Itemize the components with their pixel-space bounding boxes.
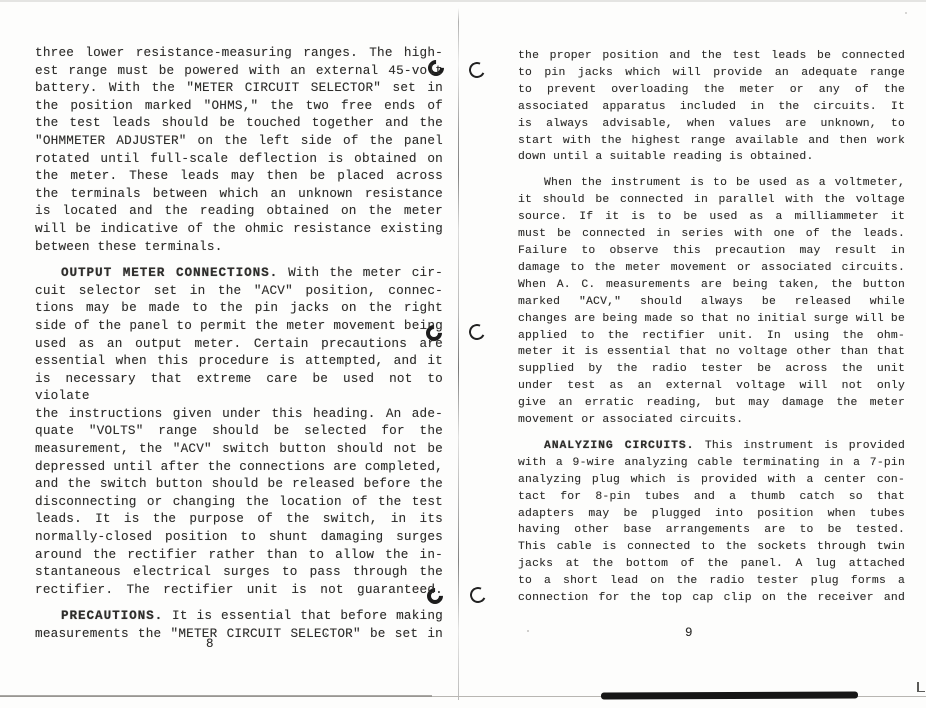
text-line: Failure to observe this precaution may r… xyxy=(518,243,905,260)
text-line: depressed until after the connections ar… xyxy=(35,458,443,476)
text-line: used as an output meter. Certain precaut… xyxy=(35,335,443,353)
text-line: is necessary that extreme care be used n… xyxy=(35,370,443,405)
text-line: normally-closed position to shunt damagi… xyxy=(35,528,443,546)
text-line: will be indicative of the ohmic resistan… xyxy=(35,220,443,238)
text-line: around the rectifier rather than to allo… xyxy=(35,546,443,564)
text-line: to prevent overloading the meter or any … xyxy=(518,82,905,99)
scan-speck xyxy=(527,630,529,632)
text-line: This cable is connected to the sockets t… xyxy=(518,539,905,556)
text-line: the test leads should be touched togethe… xyxy=(35,114,443,132)
page-fold-line xyxy=(458,8,459,700)
page-number: 9 xyxy=(685,626,693,640)
text-line: rotated until full-scale deflection is o… xyxy=(35,150,443,168)
text-line: PRECAUTIONS. It is essential that before… xyxy=(35,607,443,625)
text-line: is always advisable, when values are unk… xyxy=(518,116,905,133)
paragraph: OUTPUT METER CONNECTIONS. With the meter… xyxy=(35,264,443,598)
text-line: applied to the rectifier unit. In using … xyxy=(518,328,905,345)
paragraph: When the instrument is to be used as a v… xyxy=(518,175,905,429)
text-line: associated apparatus included in the cir… xyxy=(518,99,905,116)
text-line: having other base arrangements are to be… xyxy=(518,522,905,539)
text-line: tions may be made to the pin jacks on th… xyxy=(35,299,443,317)
text-line: damage to the meter movement or associat… xyxy=(518,260,905,277)
text-line: measurements the "METER CIRCUIT SELECTOR… xyxy=(35,625,443,643)
text-line: the position marked "OHMS," the two free… xyxy=(35,97,443,115)
binding-hole-icon xyxy=(467,60,488,81)
text-line: ANALYZING CIRCUITS. This instrument is p… xyxy=(518,438,905,455)
text-line: give an erratic reading, but may damage … xyxy=(518,395,905,412)
scan-speck xyxy=(905,12,907,14)
text-line: source. If it is to be used as a milliam… xyxy=(518,209,905,226)
text-line: supplied by the radio tester be across t… xyxy=(518,361,905,378)
text-line: it should be connected in parallel with … xyxy=(518,192,905,209)
text-line: marked "ACV," should always be released … xyxy=(518,294,905,311)
scan-top-edge xyxy=(0,0,926,2)
section-heading: OUTPUT METER CONNECTIONS. xyxy=(61,265,278,280)
text-line: measurement, the "ACV" switch button sho… xyxy=(35,440,443,458)
text-line: the instructions given under this headin… xyxy=(35,405,443,423)
text-line: essential when this procedure is attempt… xyxy=(35,352,443,370)
text-line: to a short lead on the radio tester plug… xyxy=(518,573,905,590)
text-line: tact for 8-pin tubes and a thumb catch s… xyxy=(518,489,905,506)
text-line: and the switch button should be released… xyxy=(35,475,443,493)
paragraph: PRECAUTIONS. It is essential that before… xyxy=(35,607,443,642)
text-line: leads. It is the purpose of the switch, … xyxy=(35,510,443,528)
manual-page-left: three lower resistance-measuring ranges.… xyxy=(35,44,443,652)
text-line: battery. With the "METER CIRCUIT SELECTO… xyxy=(35,79,443,97)
binding-hole-icon xyxy=(467,322,488,343)
text-line: the terminals between which an unknown r… xyxy=(35,185,443,203)
text-line: down until a suitable reading is obtaine… xyxy=(518,149,905,166)
text-line: between these terminals. xyxy=(35,238,443,256)
text-line: meter it is essential that no voltage ot… xyxy=(518,344,905,361)
text-line: under test as an external voltage will n… xyxy=(518,378,905,395)
text-line: OUTPUT METER CONNECTIONS. With the meter… xyxy=(35,264,443,282)
text-line: cuit selector set in the "ACV" position,… xyxy=(35,282,443,300)
scanned-manual-spread: three lower resistance-measuring ranges.… xyxy=(0,0,926,708)
text-line: rectifier. The rectifier unit is not gua… xyxy=(35,581,443,599)
text-line: start with the highest range available a… xyxy=(518,133,905,150)
text-line: the proper position and the test leads b… xyxy=(518,48,905,65)
text-line: must be connected in series with one of … xyxy=(518,226,905,243)
text-line: with a 9-wire analyzing cable terminatin… xyxy=(518,455,905,472)
section-heading: PRECAUTIONS. xyxy=(61,608,163,623)
text-line: side of the panel to permit the meter mo… xyxy=(35,317,443,335)
book-edge-shadow xyxy=(601,691,858,699)
text-line: When the instrument is to be used as a v… xyxy=(518,175,905,192)
text-line: analyzing plug which is provided with a … xyxy=(518,472,905,489)
text-line: is located and the reading obtained on t… xyxy=(35,202,443,220)
paragraph: three lower resistance-measuring ranges.… xyxy=(35,44,443,255)
text-line: stantaneous electrical surges to pass th… xyxy=(35,563,443,581)
scan-bottom-edge xyxy=(0,695,432,697)
text-line: quate "VOLTS" range should be selected f… xyxy=(35,422,443,440)
text-line: the meter. These leads may then be place… xyxy=(35,167,443,185)
text-line: est range must be powered with an extern… xyxy=(35,62,443,80)
paragraph: ANALYZING CIRCUITS. This instrument is p… xyxy=(518,438,905,607)
page-number: 8 xyxy=(206,637,214,651)
text-line: jacks at the bottom of the panel. A lug … xyxy=(518,556,905,573)
binding-hole-icon xyxy=(468,585,489,606)
text-line: three lower resistance-measuring ranges.… xyxy=(35,44,443,62)
scan-corner-mark xyxy=(917,682,925,692)
text-line: disconnecting or changing the location o… xyxy=(35,493,443,511)
paragraph: the proper position and the test leads b… xyxy=(518,48,905,166)
text-line: movement or associated circuits. xyxy=(518,412,905,429)
text-line: adapters may be plugged into position wh… xyxy=(518,506,905,523)
text-line: to pin jacks which will provide an adequ… xyxy=(518,65,905,82)
manual-page-right: the proper position and the test leads b… xyxy=(518,48,905,616)
text-line: changes are being made so that no initia… xyxy=(518,311,905,328)
section-heading: ANALYZING CIRCUITS. xyxy=(544,440,694,452)
text-line: "OHMMETER ADJUSTER" on the left side of … xyxy=(35,132,443,150)
text-line: When A. C. measurements are being taken,… xyxy=(518,277,905,294)
text-line: connection for the top cap clip on the r… xyxy=(518,590,905,607)
